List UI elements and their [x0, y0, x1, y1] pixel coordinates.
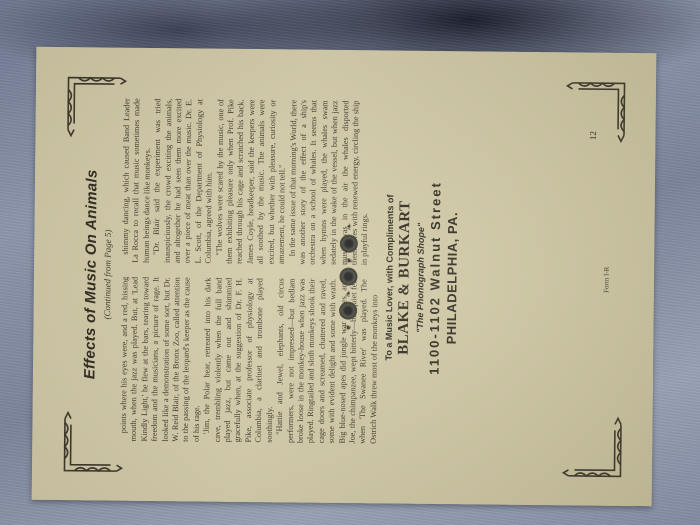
record-disc-icon — [339, 234, 357, 252]
store-city: PHILADELPHIA, PA. — [442, 51, 462, 504]
paragraph: shimmy dancing, which caused Band Leader… — [120, 98, 153, 263]
pamphlet-page: Effects of Music On Animals (Continued f… — [32, 47, 657, 506]
compliments-block: To a Music Lover, with Compliments of BL… — [382, 50, 462, 504]
record-ornament-icon: ❦ ❧ ❦ ❧ — [338, 222, 357, 330]
page-content: Effects of Music On Animals (Continued f… — [32, 47, 657, 506]
leaf-flourish-icon: ❧ — [342, 289, 353, 297]
paragraph: In the same issue of that morning's Worl… — [287, 99, 372, 264]
leaf-flourish-icon: ❦ — [342, 323, 353, 331]
store-name: BLAKE & BURKART — [394, 51, 416, 504]
record-disc-icon — [339, 267, 357, 285]
paragraph: 'Jim, the Polar bear, retreated into his… — [202, 277, 277, 442]
page-number: 12 — [587, 131, 597, 140]
column-left: points where his eyes were, and a red, h… — [118, 276, 325, 443]
corner-ornament-icon — [563, 74, 634, 145]
store-address: 1100-1102 Walnut Street — [425, 51, 445, 504]
leaf-flourish-icon: ❧ — [343, 222, 354, 230]
corner-ornament-icon — [560, 413, 631, 484]
form-code: Form I-R — [602, 266, 610, 292]
paragraph: "Dr. Blair said the experiment was tried… — [151, 98, 215, 263]
paragraph: points where his eyes were, and a red, h… — [118, 276, 203, 441]
leaf-flourish-icon: ❦ — [343, 256, 354, 264]
column-right: shimmy dancing, which caused Band Leader… — [120, 98, 327, 265]
paragraph: "The wolves were scared by the music, on… — [214, 99, 289, 264]
paragraph: "Hattie and Jewel, elephants, old circus… — [274, 278, 380, 444]
article-body: points where his eyes were, and a red, h… — [118, 98, 327, 443]
record-disc-icon — [339, 301, 357, 319]
